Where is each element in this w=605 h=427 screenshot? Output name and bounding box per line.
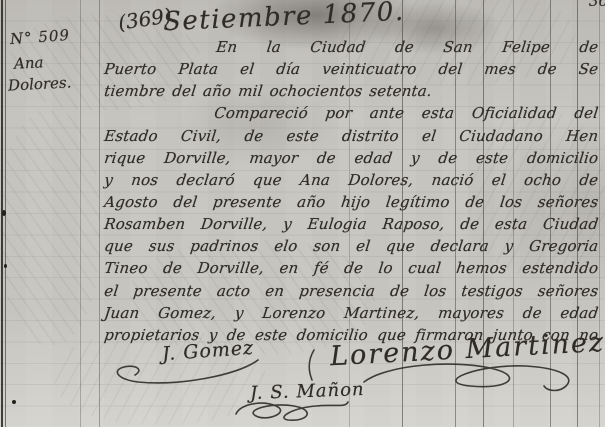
body-line: rique Dorville, mayor de edad y de este … — [103, 147, 600, 169]
body-line: el presente acto en presencia de los tes… — [103, 280, 600, 302]
page-corner-number: 36 — [589, 0, 605, 10]
body-line: Rosamben Dorville, y Eulogia Raposo, de … — [103, 213, 600, 235]
body-line: Estado Civil, de este distrito el Ciudad… — [103, 125, 600, 147]
register-page: 36 N° 509 Ana Dolores. (369) Setiembre 1… — [0, 0, 605, 427]
margin-name-line1: Ana — [14, 53, 44, 73]
body-line: Agosto del presente año hijo legítimo de… — [103, 191, 600, 213]
signature-flourish-manon — [232, 396, 352, 426]
body-line: Puerto Plata el día veinticuatro del mes… — [103, 58, 600, 80]
body-line: tiembre del año mil ochocientos setenta. — [103, 80, 600, 102]
ink-blot — [12, 400, 16, 404]
margin-name-line2: Dolores. — [8, 73, 72, 94]
signature-pen-tick — [306, 348, 316, 382]
ink-blot — [4, 264, 7, 268]
body-line: Compareció por ante esta Oficialidad del — [103, 102, 600, 124]
body-line: Tineo de Dorville, en fé de lo cual hemo… — [103, 257, 600, 279]
ink-blot — [2, 210, 6, 216]
body-line: y nos declaró que Ana Dolores, nació el … — [103, 169, 600, 191]
signature-flourish-martinez — [358, 358, 580, 398]
signature-flourish-gomez — [108, 356, 263, 388]
body-line: Juan Gomez, y Lorenzo Martinez, mayores … — [103, 302, 600, 324]
body-line: En la Ciudad de San Felipe de — [103, 36, 600, 58]
body-line: que sus padrinos elo son el que declara … — [103, 235, 600, 257]
ink-showthrough-hatching — [0, 110, 100, 345]
record-body: En la Ciudad de San Felipe de Puerto Pla… — [103, 36, 597, 346]
